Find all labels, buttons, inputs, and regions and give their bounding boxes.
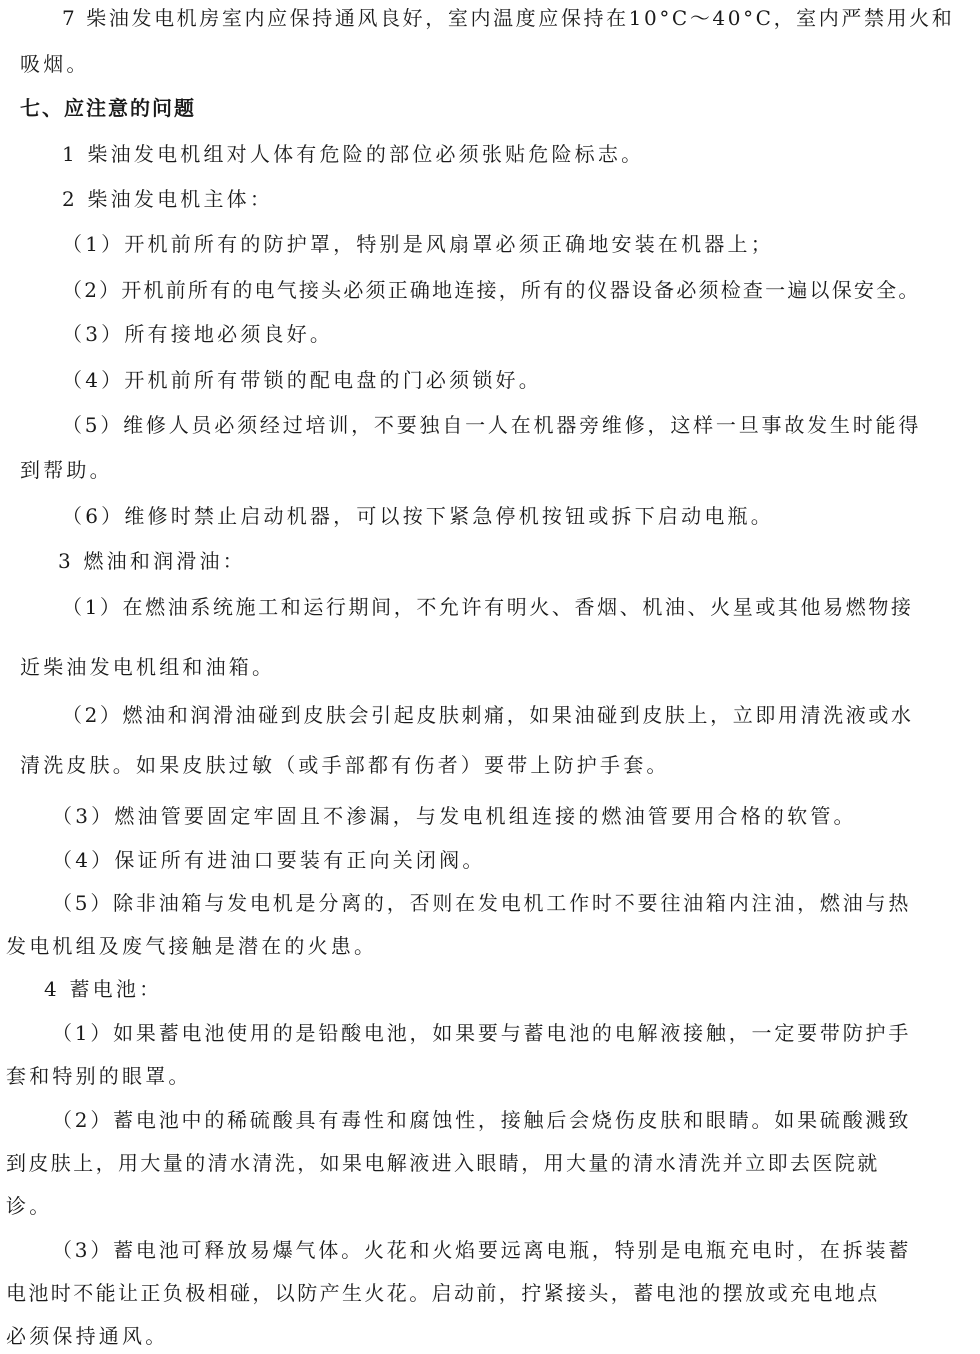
paragraph-line: （2）蓄电池中的稀硫酸具有毒性和腐蚀性，接触后会烧伤皮肤和眼睛。如果硫酸溅致 (52, 1108, 911, 1132)
paragraph-line: 4 蓄电池： (44, 977, 162, 1001)
paragraph-line: （5）维修人员必须经过培训，不要独自一人在机器旁维修，这样一旦事故发生时能得 (62, 413, 921, 437)
paragraph-line: （3）所有接地必须良好。 (62, 322, 333, 346)
paragraph-line: 必须保持通风。 (6, 1324, 168, 1348)
paragraph-line: （1）如果蓄电池使用的是铅酸电池，如果要与蓄电池的电解液接触，一定要带防护手 (52, 1021, 911, 1045)
paragraph-line: 到帮助。 (20, 458, 113, 482)
paragraph-line: 近柴油发电机组和油箱。 (20, 655, 275, 679)
section-heading: 七、应注意的问题 (20, 96, 196, 120)
paragraph-line: 2 柴油发电机主体： (62, 187, 273, 211)
paragraph-line: （4）保证所有进油口要装有正向关闭阀。 (52, 848, 486, 872)
paragraph-line: （3）蓄电池可释放易爆气体。火花和火焰要远离电瓶，特别是电瓶充电时，在拆装蓄 (52, 1238, 911, 1262)
paragraph-line: （3）燃油管要固定牢固且不渗漏，与发电机组连接的燃油管要用合格的软管。 (52, 804, 857, 828)
paragraph-line: 1 柴油发电机组对人体有危险的部位必须张贴危险标志。 (62, 142, 644, 166)
paragraph-line: （2）燃油和润滑油碰到皮肤会引起皮肤刺痛，如果油碰到皮肤上，立即用清洗液或水 (62, 703, 914, 727)
paragraph-line: （4）开机前所有带锁的配电盘的门必须锁好。 (62, 368, 542, 392)
paragraph-line: 到皮肤上，用大量的清水清洗，如果电解液进入眼睛，用大量的清水清洗并立即去医院就 (6, 1151, 880, 1175)
paragraph-line: （1）开机前所有的防护罩，特别是风扇罩必须正确地安装在机器上； (62, 232, 774, 256)
paragraph-line: 清洗皮肤。如果皮肤过敏（或手部都有伤者）要带上防护手套。 (20, 753, 670, 777)
paragraph-line: 套和特别的眼罩。 (6, 1064, 192, 1088)
paragraph-line: （2）开机前所有的电气接头必须正确地连接，所有的仪器设备必须检查一遍以保安全。 (62, 278, 921, 302)
paragraph-line: （6）维修时禁止启动机器，可以按下紧急停机按钮或拆下启动电瓶。 (62, 504, 774, 528)
paragraph-line: 发电机组及废气接触是潜在的火患。 (6, 934, 377, 958)
paragraph-line: 吸烟。 (20, 52, 90, 76)
paragraph-line: （1）在燃油系统施工和运行期间，不允许有明火、香烟、机油、火星或其他易燃物接 (62, 595, 914, 619)
paragraph-line: （5）除非油箱与发电机是分离的，否则在发电机工作时不要往油箱内注油，燃油与热 (52, 891, 911, 915)
paragraph-line: 电池时不能让正负极相碰，以防产生火花。启动前，拧紧接头，蓄电池的摆放或充电地点 (6, 1281, 880, 1305)
paragraph-line: 7 柴油发电机房室内应保持通风良好，室内温度应保持在10°C～40°C，室内严禁… (62, 6, 954, 30)
paragraph-line: 诊。 (6, 1194, 52, 1218)
paragraph-line: 3 燃油和润滑油： (58, 549, 246, 573)
